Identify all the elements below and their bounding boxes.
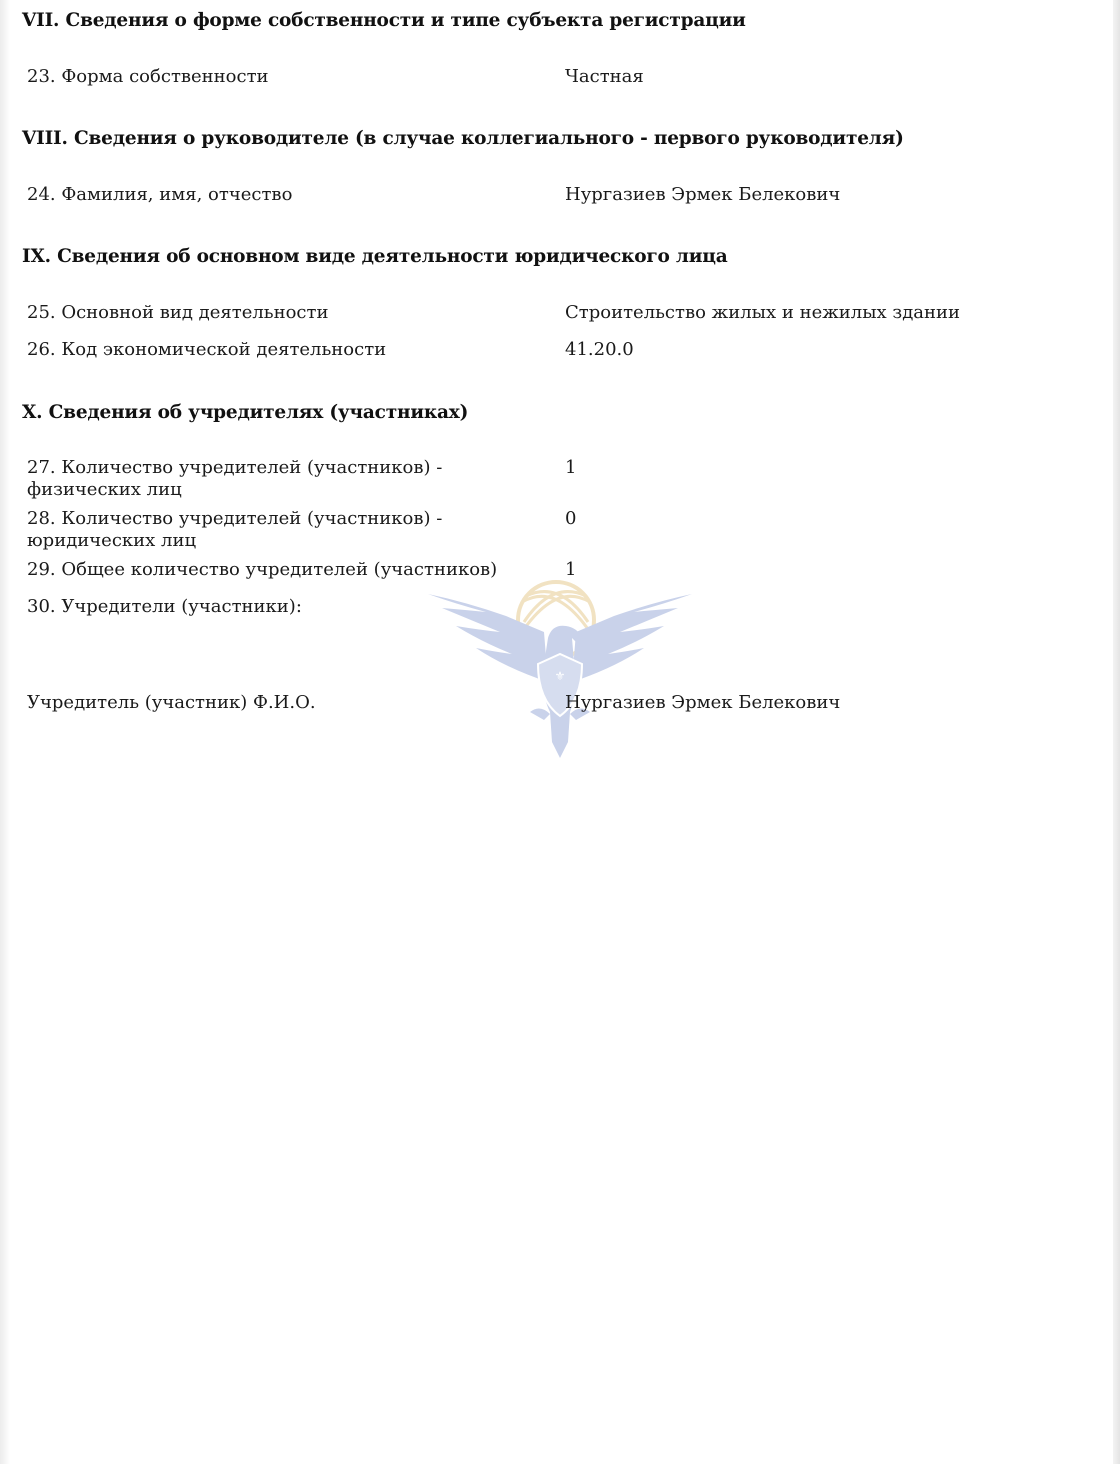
field-value-director-name: Нургазиев Эрмек Белекович <box>565 184 840 206</box>
field-label-founders-list: 30. Учредители (участники): <box>27 596 527 618</box>
field-value-founders-legal: 0 <box>565 508 576 530</box>
page-shadow-right <box>1113 0 1120 1464</box>
section-title-director: VIII. Сведения о руководителе (в случае … <box>22 128 904 149</box>
field-value-ownership-form: Частная <box>565 66 644 88</box>
field-label-founder-name: Учредитель (участник) Ф.И.О. <box>27 692 527 714</box>
field-label-founders-individuals: 27. Количество учредителей (участников) … <box>27 457 497 501</box>
section-title-activity: IX. Сведения об основном виде деятельнос… <box>22 246 728 267</box>
field-label-director-name: 24. Фамилия, имя, отчество <box>27 184 527 206</box>
field-value-main-activity: Строительство жилых и нежилых здании <box>565 302 960 324</box>
svg-text:⚜: ⚜ <box>555 669 566 683</box>
field-label-main-activity: 25. Основной вид деятельности <box>27 302 527 324</box>
section-title-founders: X. Сведения об учредителях (участниках) <box>22 402 468 423</box>
page-shadow-left <box>0 0 10 1464</box>
field-value-founder-name: Нургазиев Эрмек Белекович <box>565 692 840 714</box>
field-label-founders-legal: 28. Количество учредителей (участников) … <box>27 508 497 552</box>
field-value-activity-code: 41.20.0 <box>565 339 634 361</box>
field-value-founders-total: 1 <box>565 559 576 581</box>
section-title-ownership: VII. Сведения о форме собственности и ти… <box>22 10 746 31</box>
field-label-ownership-form: 23. Форма собственности <box>27 66 527 88</box>
field-value-founders-individuals: 1 <box>565 457 576 479</box>
field-label-activity-code: 26. Код экономической деятельности <box>27 339 527 361</box>
field-label-founders-total: 29. Общее количество учредителей (участн… <box>27 559 547 581</box>
